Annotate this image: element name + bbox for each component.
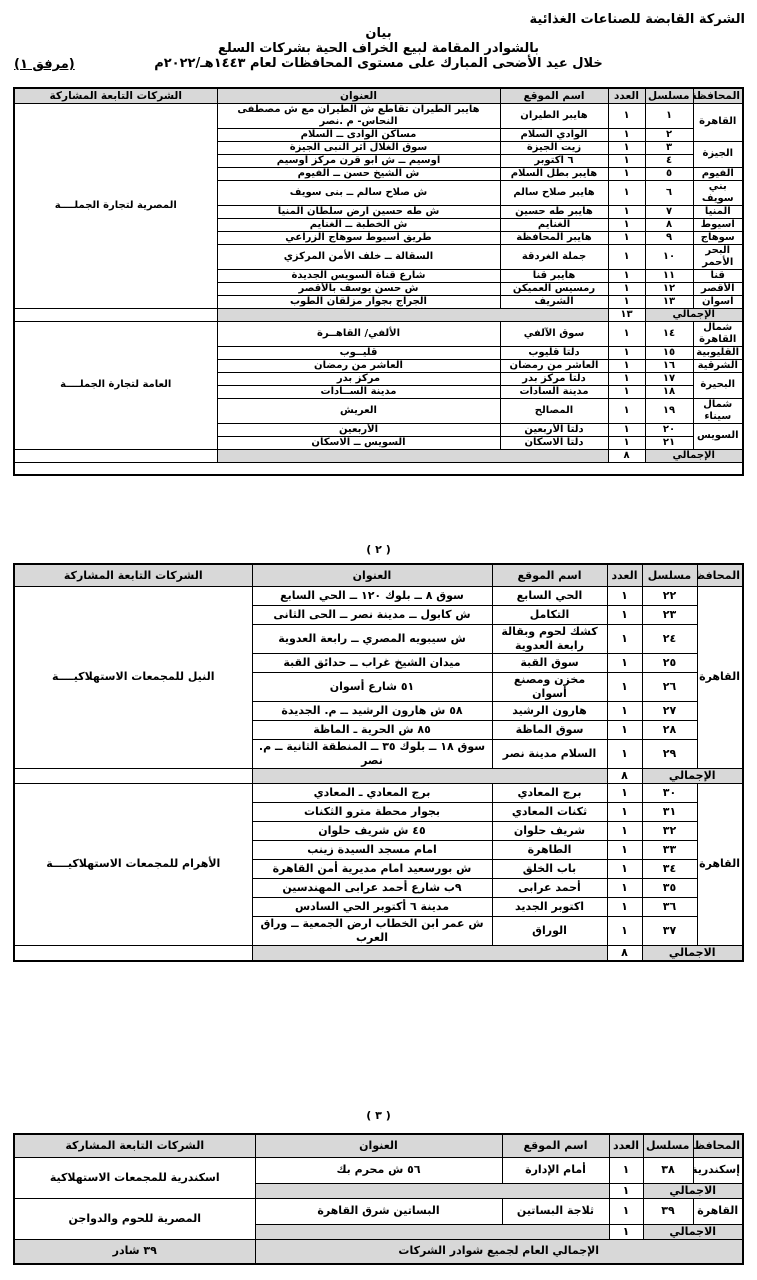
cell-subsidiary-company: النيل للمجمعات الاستهلاكيــــة bbox=[14, 586, 252, 768]
cell-address: شارع قناة السويس الجديدة bbox=[217, 269, 500, 282]
total-row: الإجمالي٨ bbox=[14, 449, 743, 462]
cell-count: ١ bbox=[607, 783, 642, 802]
blank-row bbox=[14, 462, 743, 475]
cell-site-name: الطاهرة bbox=[492, 840, 607, 859]
cell-site-name: باب الخلق bbox=[492, 859, 607, 878]
cell-site-name: التكامل bbox=[492, 605, 607, 624]
cell-count: ١ bbox=[608, 436, 645, 449]
cell-site-name: الشريف bbox=[500, 295, 608, 308]
cell-subsidiary-company: الأهرام للمجمعات الاستهلاكيــــة bbox=[14, 783, 252, 945]
cell-address: ٨٥ ش الحرية ـ الماظة bbox=[252, 720, 492, 739]
total-label: الإجمالي bbox=[645, 308, 743, 321]
cell-address: مركز بدر bbox=[217, 372, 500, 385]
cell-site-name: برج المعادي bbox=[492, 783, 607, 802]
cell-site-name: دلتا قليوب bbox=[500, 346, 608, 359]
total-count: ٨ bbox=[608, 449, 645, 462]
cell-count: ١ bbox=[607, 720, 642, 739]
cell-governorate: القاهرة bbox=[693, 103, 743, 141]
cell-count: ١ bbox=[608, 372, 645, 385]
cell-serial: ١٤ bbox=[645, 321, 693, 346]
cell-address: طريق اسيوط سوهاج الزراعي bbox=[217, 231, 500, 244]
cell-address: ٥١ شارع أسوان bbox=[252, 672, 492, 701]
cell-site-name: هايبر صلاح سالم bbox=[500, 180, 608, 205]
cell-serial: ١٢ bbox=[645, 282, 693, 295]
cell-count: ١ bbox=[608, 205, 645, 218]
table-row: القاهرة٣٩١ثلاجة البساتينالبساتين شرق الق… bbox=[14, 1198, 743, 1224]
cell-address: سوق ١٨ ــ بلوك ٣٥ ــ المنطقة الثانية ــ … bbox=[252, 739, 492, 768]
total-company-empty bbox=[14, 945, 252, 961]
total-company-empty bbox=[14, 768, 252, 783]
cell-serial: ١٨ bbox=[645, 385, 693, 398]
cell-site-name: كشك لحوم وبقالة رابعة العدوية bbox=[492, 624, 607, 653]
document-title: بيان بالشوادر المقامة لبيع الخراف الحية … bbox=[0, 26, 757, 71]
cell-count: ١ bbox=[607, 878, 642, 897]
cell-governorate: الفيوم bbox=[693, 167, 743, 180]
cell-count: ١ bbox=[607, 586, 642, 605]
cell-site-name: سوق القبة bbox=[492, 653, 607, 672]
cell-count: ١ bbox=[608, 218, 645, 231]
cell-address: اوسيم ــ ش ابو قرن مركز اوسيم bbox=[217, 154, 500, 167]
cell-governorate: قنا bbox=[693, 269, 743, 282]
total-row: الإجمالي١٣ bbox=[14, 308, 743, 321]
blank-cell bbox=[14, 462, 743, 475]
column-header-6: الشركات التابعة المشاركة bbox=[14, 564, 252, 586]
cell-count: ١ bbox=[608, 103, 645, 128]
cell-serial: ١٥ bbox=[645, 346, 693, 359]
cell-serial: ٣٣ bbox=[642, 840, 697, 859]
page-2-label: ( ٢ ) bbox=[0, 543, 757, 556]
cell-serial: ١٣ bbox=[645, 295, 693, 308]
cell-address: ش الخطبة ــ الغنايم bbox=[217, 218, 500, 231]
grand-total-label: الإجمالي العام لجميع شوادر الشركات bbox=[255, 1239, 743, 1264]
cell-serial: ٢٣ bbox=[642, 605, 697, 624]
cell-count: ١ bbox=[607, 605, 642, 624]
cell-serial: ٣٤ bbox=[642, 859, 697, 878]
cell-count: ١ bbox=[607, 701, 642, 720]
cell-count: ١ bbox=[607, 672, 642, 701]
column-header-2: مسلسل bbox=[645, 88, 693, 103]
cell-serial: ٣٢ bbox=[642, 821, 697, 840]
column-header-4: اسم الموقع bbox=[500, 88, 608, 103]
table-row: القاهرة٣٠١برج المعاديبرج المعادي ـ المعا… bbox=[14, 783, 743, 802]
cell-site-name: الوراق bbox=[492, 916, 607, 945]
cell-serial: ٢٩ bbox=[642, 739, 697, 768]
cell-address: مساكن الوادى ــ السلام bbox=[217, 128, 500, 141]
cell-serial: ٢١ bbox=[645, 436, 693, 449]
cell-count: ١ bbox=[608, 167, 645, 180]
cell-serial: ٢ bbox=[645, 128, 693, 141]
cell-serial: ٣٩ bbox=[643, 1198, 693, 1224]
column-header-3: العدد bbox=[607, 564, 642, 586]
cell-address: الجراج بجوار مزلقان الطوب bbox=[217, 295, 500, 308]
cell-site-name: سوق الآلفي bbox=[500, 321, 608, 346]
total-label: الاجمالي bbox=[643, 1224, 743, 1239]
cell-count: ١ bbox=[609, 1198, 643, 1224]
cell-site-name: مدينة السادات bbox=[500, 385, 608, 398]
attachment-label: (مرفق ١) bbox=[14, 57, 75, 72]
column-header-3: العدد bbox=[609, 1134, 643, 1157]
cell-site-name: جملة الغردقة bbox=[500, 244, 608, 269]
cell-site-name: ثكنات المعادي bbox=[492, 802, 607, 821]
cell-serial: ٦ bbox=[645, 180, 693, 205]
total-count: ١ bbox=[609, 1224, 643, 1239]
total-row: الاجمالي٨ bbox=[14, 945, 743, 961]
cell-serial: ٧ bbox=[645, 205, 693, 218]
cell-site-name: العاشر من رمضان bbox=[500, 359, 608, 372]
cell-count: ١ bbox=[608, 321, 645, 346]
column-header-6: الشركات التابعة المشاركة bbox=[14, 88, 217, 103]
cell-governorate: الأقصر bbox=[693, 282, 743, 295]
cell-site-name: هايبر بطل السلام bbox=[500, 167, 608, 180]
cell-site-name: السلام مدينة نصر bbox=[492, 739, 607, 768]
column-header-4: اسم الموقع bbox=[502, 1134, 609, 1157]
table-row: القاهرة٢٢١الحي السابعسوق ٨ ــ بلوك ١٢٠ ـ… bbox=[14, 586, 743, 605]
column-header-2: مسلسل bbox=[643, 1134, 693, 1157]
cell-count: ١ bbox=[607, 859, 642, 878]
column-header-1: المحافظة bbox=[693, 1134, 743, 1157]
cell-address: هايبر الطيران تقاطع ش الطيران مع ش مصطفى… bbox=[217, 103, 500, 128]
cell-address: السويس ــ الاسكان bbox=[217, 436, 500, 449]
cell-address: ش الشيخ حسن ــ الفيوم bbox=[217, 167, 500, 180]
cell-address: قليــوب bbox=[217, 346, 500, 359]
cell-address: ٩ب شارع أحمد عرابى المهندسين bbox=[252, 878, 492, 897]
cell-address: ٥٨ ش هارون الرشيد ــ م. الجديدة bbox=[252, 701, 492, 720]
cell-address: بجوار محطة مترو الثكنات bbox=[252, 802, 492, 821]
cell-site-name: اكتوبر الجديد bbox=[492, 897, 607, 916]
cell-address: العاشر من رمضان bbox=[217, 359, 500, 372]
table-2-consumer-complexes: المحافظةمسلسلالعدداسم الموقعالعنوانالشرك… bbox=[13, 563, 744, 962]
total-label: الاجمالي bbox=[643, 1183, 743, 1198]
cell-serial: ١ bbox=[645, 103, 693, 128]
data-table-1: المحافظةمسلسلالعدداسم الموقعالعنوانالشرك… bbox=[13, 87, 744, 476]
cell-site-name: أحمد عرابى bbox=[492, 878, 607, 897]
table-row: إسكندرية٣٨١أمام الإدارة٥٦ ش محرم بكاسكند… bbox=[14, 1157, 743, 1183]
cell-site-name: الغنايم bbox=[500, 218, 608, 231]
cell-site-name: هايبر طه حسين bbox=[500, 205, 608, 218]
cell-serial: ٥ bbox=[645, 167, 693, 180]
cell-serial: ٣٧ bbox=[642, 916, 697, 945]
cell-count: ١ bbox=[608, 346, 645, 359]
cell-address: سوق الغلال اثر النبى الجيزة bbox=[217, 141, 500, 154]
cell-count: ١ bbox=[607, 821, 642, 840]
cell-serial: ٢٤ bbox=[642, 624, 697, 653]
table-1-wholesale-companies: المحافظةمسلسلالعدداسم الموقعالعنوانالشرك… bbox=[13, 87, 744, 476]
cell-count: ١ bbox=[608, 295, 645, 308]
cell-count: ١ bbox=[609, 1157, 643, 1183]
cell-count: ١ bbox=[608, 398, 645, 423]
cell-count: ١ bbox=[608, 141, 645, 154]
cell-serial: ٢٥ bbox=[642, 653, 697, 672]
cell-site-name: مخزن ومصنع أسوان bbox=[492, 672, 607, 701]
title-line-2: بالشوادر المقامة لبيع الخراف الحية بشركا… bbox=[0, 41, 757, 56]
cell-governorate: سوهاج bbox=[693, 231, 743, 244]
cell-site-name: أمام الإدارة bbox=[502, 1157, 609, 1183]
cell-site-name: ثلاجة البساتين bbox=[502, 1198, 609, 1224]
cell-governorate: الجيزة bbox=[693, 141, 743, 167]
cell-serial: ١٦ bbox=[645, 359, 693, 372]
total-fill bbox=[252, 945, 607, 961]
cell-address: مدينة ٦ أكتوبر الحي السادس bbox=[252, 897, 492, 916]
cell-governorate: المنيا bbox=[693, 205, 743, 218]
cell-serial: ٣٨ bbox=[643, 1157, 693, 1183]
cell-count: ١ bbox=[608, 180, 645, 205]
total-count: ١ bbox=[609, 1183, 643, 1198]
column-header-2: مسلسل bbox=[642, 564, 697, 586]
cell-site-name: الحي السابع bbox=[492, 586, 607, 605]
column-header-6: الشركات التابعة المشاركة bbox=[14, 1134, 255, 1157]
cell-subsidiary-company: المصرية لتجارة الجملــــة bbox=[14, 103, 217, 308]
cell-site-name: المصالح bbox=[500, 398, 608, 423]
cell-site-name: شريف حلوان bbox=[492, 821, 607, 840]
cell-count: ١ bbox=[608, 244, 645, 269]
total-count: ٨ bbox=[607, 768, 642, 783]
cell-address: سوق ٨ ــ بلوك ١٢٠ ــ الحي السابع bbox=[252, 586, 492, 605]
grand-total-row: الإجمالي العام لجميع شوادر الشركات٣٩ شاد… bbox=[14, 1239, 743, 1264]
cell-governorate: القاهرة bbox=[693, 1198, 743, 1224]
cell-address: السقالة ــ خلف الأمن المركزي bbox=[217, 244, 500, 269]
page-3-label: ( ٣ ) bbox=[0, 1109, 757, 1122]
cell-count: ١ bbox=[608, 423, 645, 436]
cell-count: ١ bbox=[607, 653, 642, 672]
cell-serial: ٩ bbox=[645, 231, 693, 244]
cell-count: ١ bbox=[608, 154, 645, 167]
cell-governorate: القليوبية bbox=[693, 346, 743, 359]
cell-subsidiary-company: اسكندرية للمجمعات الاستهلاكية bbox=[14, 1157, 255, 1198]
cell-count: ١ bbox=[607, 916, 642, 945]
cell-governorate: اسيوط bbox=[693, 218, 743, 231]
cell-governorate: القاهرة bbox=[697, 783, 743, 945]
cell-address: امام مسجد السيدة زينب bbox=[252, 840, 492, 859]
cell-serial: ٢٠ bbox=[645, 423, 693, 436]
total-fill bbox=[252, 768, 607, 783]
cell-address: ٥٦ ش محرم بك bbox=[255, 1157, 502, 1183]
cell-address: برج المعادي ـ المعادي bbox=[252, 783, 492, 802]
cell-address: البساتين شرق القاهرة bbox=[255, 1198, 502, 1224]
cell-serial: ١٧ bbox=[645, 372, 693, 385]
cell-site-name: رمسيس العميكن bbox=[500, 282, 608, 295]
cell-serial: ٨ bbox=[645, 218, 693, 231]
cell-address: ش طه حسين ارض سلطان المنيا bbox=[217, 205, 500, 218]
cell-count: ١ bbox=[608, 282, 645, 295]
cell-serial: ١٩ bbox=[645, 398, 693, 423]
cell-site-name: دلتا مركز بدر bbox=[500, 372, 608, 385]
total-count: ٨ bbox=[607, 945, 642, 961]
column-header-5: العنوان bbox=[217, 88, 500, 103]
cell-governorate: اسوان bbox=[693, 295, 743, 308]
total-fill bbox=[255, 1224, 609, 1239]
cell-site-name: دلتا الأربعين bbox=[500, 423, 608, 436]
cell-governorate: بني سويف bbox=[693, 180, 743, 205]
cell-address: مدينة الســادات bbox=[217, 385, 500, 398]
total-row: الإجمالي٨ bbox=[14, 768, 743, 783]
cell-count: ١ bbox=[607, 897, 642, 916]
cell-address: ش سيبويه المصري ــ رابعة العدوية bbox=[252, 624, 492, 653]
column-header-1: المحافظة bbox=[697, 564, 743, 586]
cell-governorate: إسكندرية bbox=[693, 1157, 743, 1183]
cell-address: ش كابول ــ مدينة نصر ــ الحى الثانى bbox=[252, 605, 492, 624]
data-table-3: المحافظةمسلسلالعدداسم الموقعالعنوانالشرك… bbox=[13, 1133, 744, 1265]
cell-governorate: شمال القاهرة bbox=[693, 321, 743, 346]
cell-count: ١ bbox=[607, 802, 642, 821]
cell-site-name: الوادي السلام bbox=[500, 128, 608, 141]
column-header-5: العنوان bbox=[252, 564, 492, 586]
cell-count: ١ bbox=[607, 624, 642, 653]
cell-serial: ٣٠ bbox=[642, 783, 697, 802]
cell-serial: ٣ bbox=[645, 141, 693, 154]
cell-count: ١ bbox=[608, 385, 645, 398]
total-fill bbox=[217, 449, 608, 462]
cell-count: ١ bbox=[607, 840, 642, 859]
cell-site-name: هارون الرشيد bbox=[492, 701, 607, 720]
cell-address: العريش bbox=[217, 398, 500, 423]
cell-count: ١ bbox=[608, 231, 645, 244]
total-company-empty bbox=[14, 308, 217, 321]
cell-governorate: الشرقية bbox=[693, 359, 743, 372]
cell-serial: ١٠ bbox=[645, 244, 693, 269]
cell-governorate: القاهرة bbox=[697, 586, 743, 768]
table-row: القاهرة١١هايبر الطيرانهايبر الطيران تقاط… bbox=[14, 103, 743, 128]
company-letterhead: الشركة القابضة للصناعات الغذائية bbox=[529, 12, 745, 27]
cell-count: ١ bbox=[607, 739, 642, 768]
cell-serial: ٢٧ bbox=[642, 701, 697, 720]
cell-subsidiary-company: المصرية للحوم والدواجن bbox=[14, 1198, 255, 1239]
cell-site-name: سوق الماظة bbox=[492, 720, 607, 739]
total-fill bbox=[255, 1183, 609, 1198]
cell-serial: ٣٦ bbox=[642, 897, 697, 916]
table-row: شمال القاهرة١٤١سوق الآلفيالألفي/ القاهــ… bbox=[14, 321, 743, 346]
cell-governorate: البحر الأحمر bbox=[693, 244, 743, 269]
grand-total-value: ٣٩ شادر bbox=[14, 1239, 255, 1264]
cell-serial: ٣١ bbox=[642, 802, 697, 821]
cell-count: ١ bbox=[608, 128, 645, 141]
cell-address: ٤٥ ش شريف حلوان bbox=[252, 821, 492, 840]
cell-address: ميدان الشيخ غراب ــ حدائق القبة bbox=[252, 653, 492, 672]
cell-site-name: هايبر الطيران bbox=[500, 103, 608, 128]
cell-count: ١ bbox=[608, 359, 645, 372]
cell-address: الأربعين bbox=[217, 423, 500, 436]
cell-address: ش حسن يوسف بالأقصر bbox=[217, 282, 500, 295]
cell-governorate: السويس bbox=[693, 423, 743, 449]
cell-serial: ١١ bbox=[645, 269, 693, 282]
cell-count: ١ bbox=[608, 269, 645, 282]
cell-address: ش عمر ابن الخطاب ارض الجمعية ــ وراق الع… bbox=[252, 916, 492, 945]
cell-serial: ٤ bbox=[645, 154, 693, 167]
total-fill bbox=[217, 308, 608, 321]
cell-site-name: هايبر المحافظة bbox=[500, 231, 608, 244]
document-page: { "letterhead": "الشركة القابضة للصناعات… bbox=[0, 0, 757, 1280]
column-header-5: العنوان bbox=[255, 1134, 502, 1157]
cell-address: ش بورسعيد امام مديرية أمن القاهرة bbox=[252, 859, 492, 878]
cell-address: الألفي/ القاهــرة bbox=[217, 321, 500, 346]
total-company-empty bbox=[14, 449, 217, 462]
column-header-4: اسم الموقع bbox=[492, 564, 607, 586]
title-line-3: خلال عيد الأضحى المبارك على مستوى المحاف… bbox=[0, 56, 757, 71]
column-header-1: المحافظة bbox=[693, 88, 743, 103]
cell-serial: ٢٦ bbox=[642, 672, 697, 701]
title-line-1: بيان bbox=[0, 26, 757, 41]
data-table-2: المحافظةمسلسلالعدداسم الموقعالعنوانالشرك… bbox=[13, 563, 744, 962]
column-header-3: العدد bbox=[608, 88, 645, 103]
cell-governorate: البحيرة bbox=[693, 372, 743, 398]
cell-serial: ٢٨ bbox=[642, 720, 697, 739]
table-3-alexandria-meat-companies: المحافظةمسلسلالعدداسم الموقعالعنوانالشرك… bbox=[13, 1133, 744, 1265]
cell-serial: ٢٢ bbox=[642, 586, 697, 605]
cell-serial: ٣٥ bbox=[642, 878, 697, 897]
cell-governorate: شمال سيناء bbox=[693, 398, 743, 423]
total-label: الإجمالي bbox=[642, 768, 743, 783]
total-label: الإجمالي bbox=[645, 449, 743, 462]
cell-subsidiary-company: العامة لتجارة الجملــــة bbox=[14, 321, 217, 449]
cell-address: ش صلاح سالم ــ بنى سويف bbox=[217, 180, 500, 205]
total-count: ١٣ bbox=[608, 308, 645, 321]
cell-site-name: دلتا الاسكان bbox=[500, 436, 608, 449]
cell-site-name: هايبر قنا bbox=[500, 269, 608, 282]
total-label: الاجمالي bbox=[642, 945, 743, 961]
cell-site-name: ٦ اكتوبر bbox=[500, 154, 608, 167]
cell-site-name: زيت الجيزة bbox=[500, 141, 608, 154]
